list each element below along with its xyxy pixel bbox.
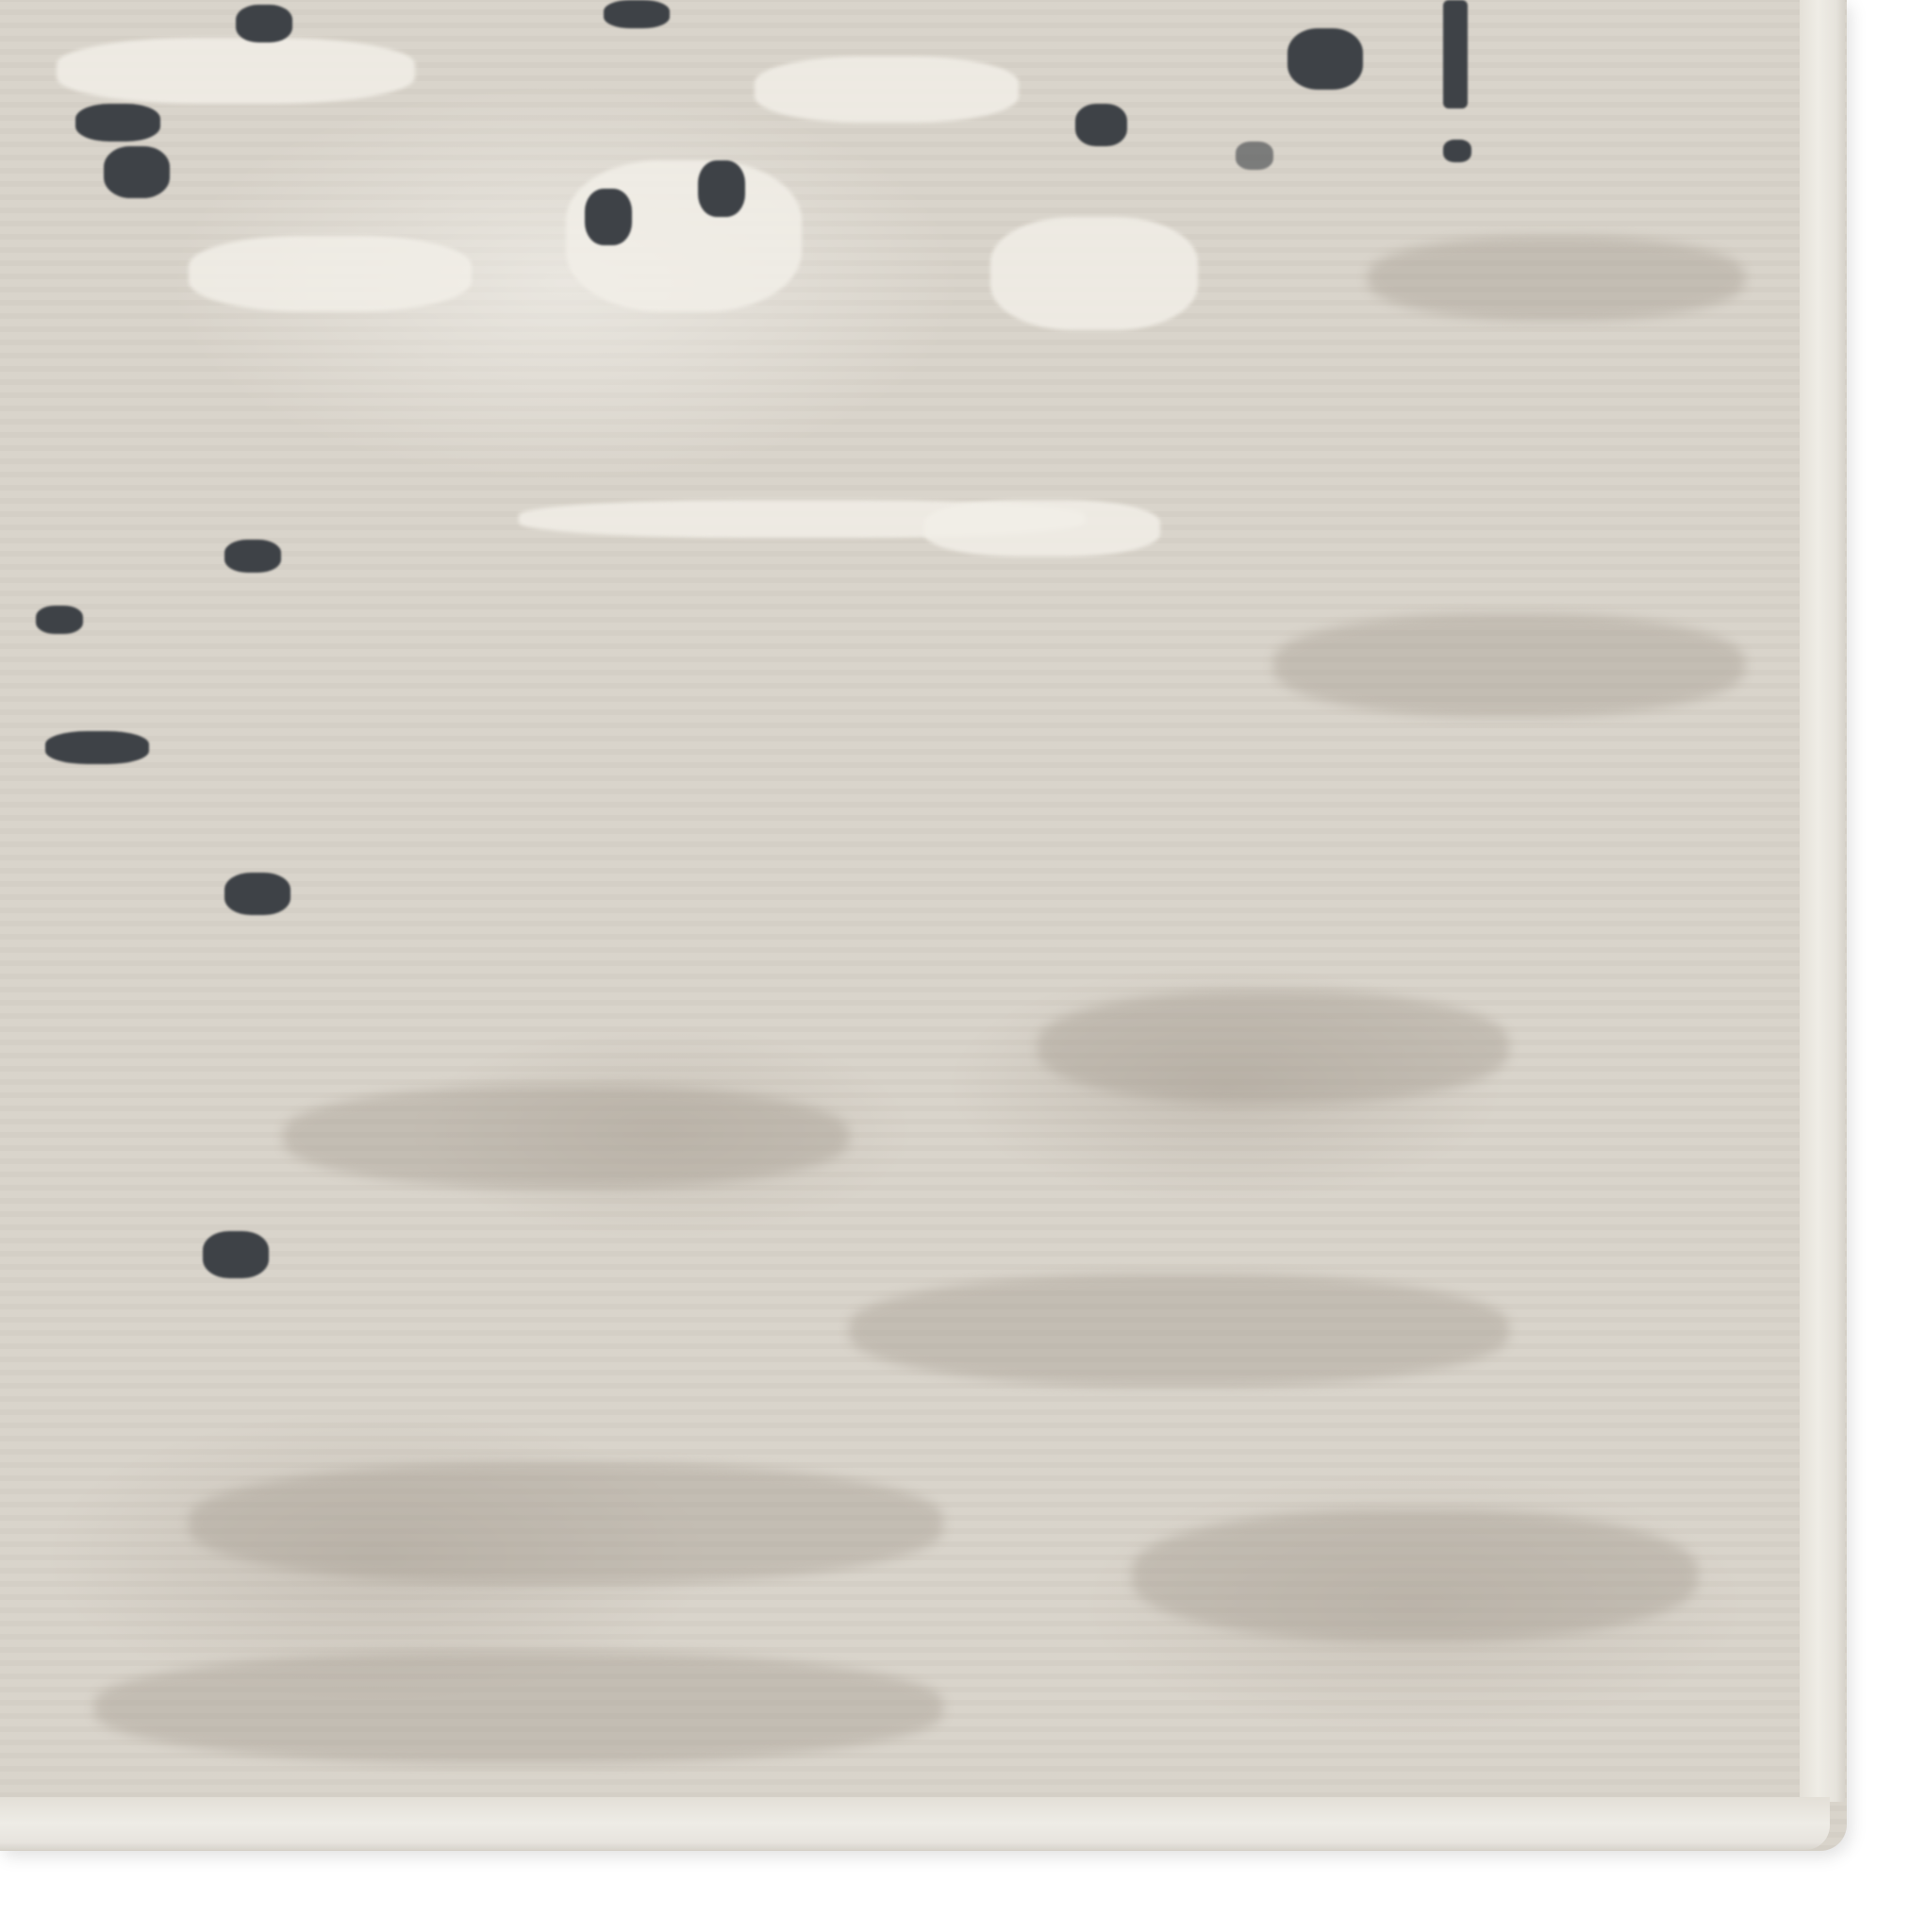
cream-pattern xyxy=(990,217,1198,330)
dark-spot xyxy=(698,160,745,217)
dark-spot xyxy=(224,873,291,915)
gray-mottle xyxy=(1132,1509,1698,1641)
gray-mottle xyxy=(189,1462,943,1585)
cream-pattern xyxy=(57,38,415,104)
dark-spot xyxy=(45,731,149,764)
gray-mottle xyxy=(94,1651,943,1764)
cream-pattern xyxy=(755,57,1019,123)
rug-binding-right xyxy=(1800,0,1845,1802)
rug-photo xyxy=(0,0,1910,1932)
dark-spot xyxy=(236,5,292,42)
gray-mottle xyxy=(1038,991,1509,1104)
dark-spot xyxy=(36,606,83,634)
gray-mottle xyxy=(1273,613,1745,717)
dark-spot xyxy=(75,104,160,142)
dark-spot xyxy=(1287,28,1363,90)
rug-binding-bottom xyxy=(0,1797,1830,1850)
dark-spot xyxy=(1075,104,1127,146)
dark-spot xyxy=(203,1231,269,1278)
gray-mottle xyxy=(1368,236,1745,321)
dark-spot xyxy=(1443,140,1471,162)
rug-field xyxy=(0,0,1847,1851)
dark-spot xyxy=(1236,142,1273,170)
cream-pattern xyxy=(924,500,1160,557)
dark-spot xyxy=(104,146,170,198)
cream-pattern xyxy=(189,236,472,311)
dark-spot xyxy=(1443,0,1468,108)
dark-spot xyxy=(585,189,632,245)
gray-mottle xyxy=(849,1274,1509,1387)
gray-mottle xyxy=(283,1085,849,1189)
dark-spot xyxy=(224,540,281,573)
dark-spot xyxy=(604,0,670,28)
